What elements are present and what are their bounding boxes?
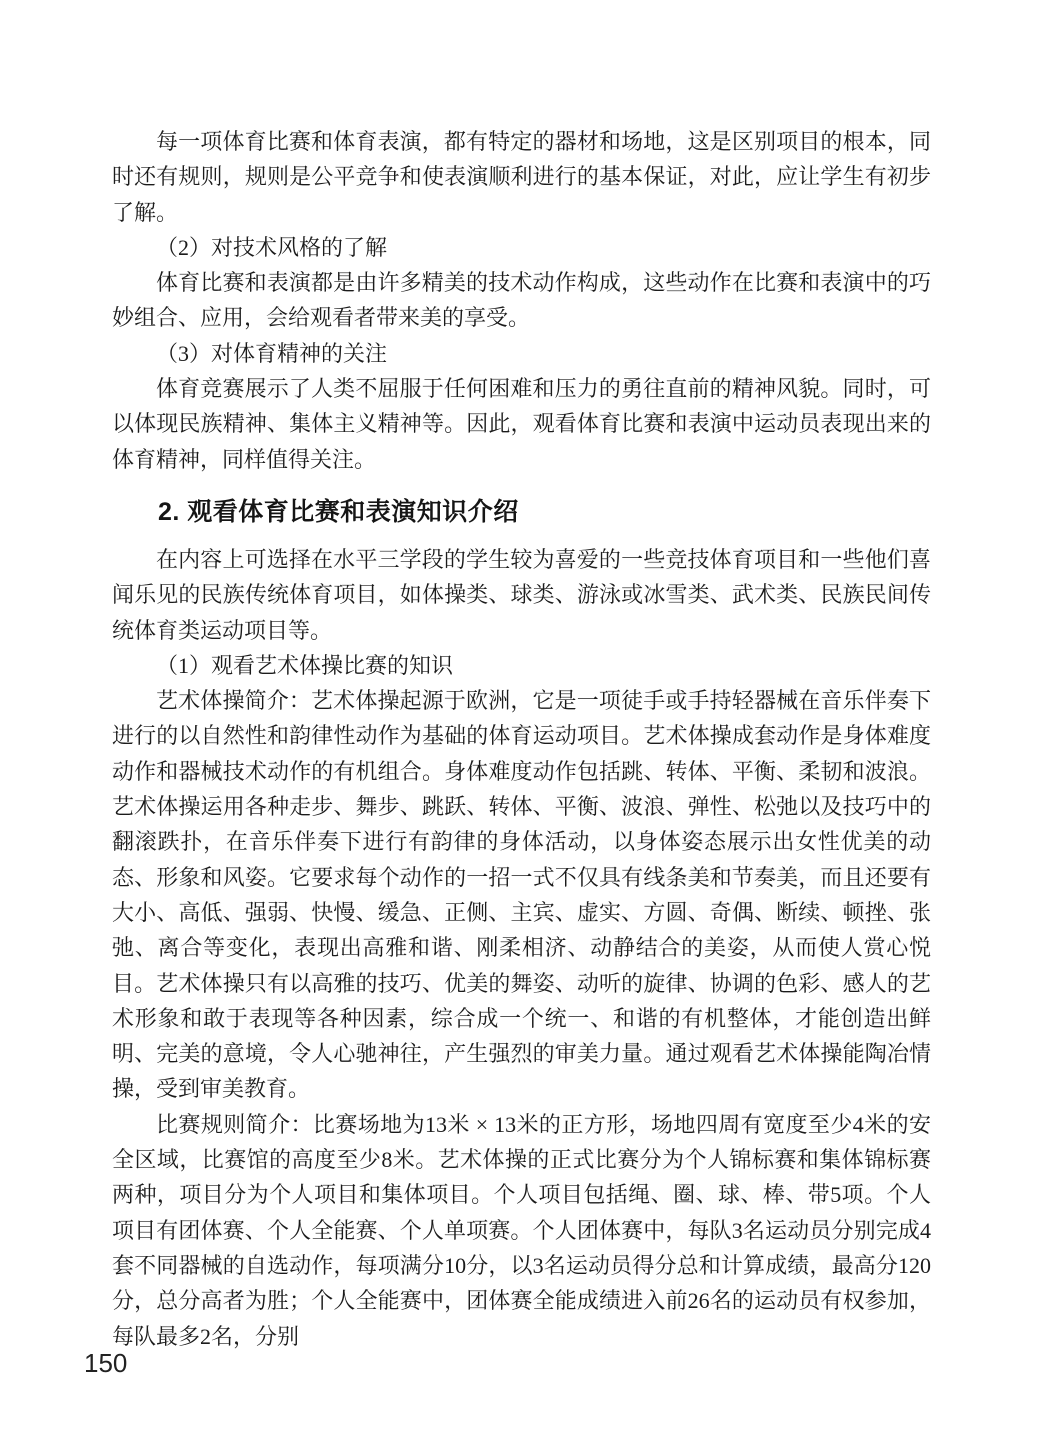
paragraph-item3-title: （3）对体育精神的关注 <box>112 336 931 371</box>
paragraph-gymnastics-overview: 艺术体操简介：艺术体操起源于欧洲，它是一项徒手或手持轻器械在音乐伴奏下进行的以自… <box>112 683 931 1107</box>
section-heading: 2. 观看体育比赛和表演知识介绍 <box>158 495 931 529</box>
paragraph-section2-intro: 在内容上可选择在水平三学段的学生较为喜爱的一些竞技体育项目和一些他们喜闻乐见的民… <box>112 542 931 648</box>
text-column: 每一项体育比赛和体育表演，都有特定的器材和场地，这是区别项目的根本，同时还有规则… <box>112 124 931 1354</box>
page-number: 150 <box>84 1348 127 1379</box>
paragraph-item3-body: 体育竞赛展示了人类不屈服于任何困难和压力的勇往直前的精神风貌。同时，可以体现民族… <box>112 371 931 477</box>
document-page: 每一项体育比赛和体育表演，都有特定的器材和场地，这是区别项目的根本，同时还有规则… <box>0 0 1038 1452</box>
paragraph-item2-body: 体育比赛和表演都是由许多精美的技术动作构成，这些动作在比赛和表演中的巧妙组合、应… <box>112 265 931 336</box>
paragraph-sub1-title: （1）观看艺术体操比赛的知识 <box>112 648 931 683</box>
paragraph-item2-title: （2）对技术风格的了解 <box>112 230 931 265</box>
paragraph-competition-rules: 比赛规则简介：比赛场地为13米 × 13米的正方形，场地四周有宽度至少4米的安全… <box>112 1107 931 1354</box>
paragraph-intro: 每一项体育比赛和体育表演，都有特定的器材和场地，这是区别项目的根本，同时还有规则… <box>112 124 931 230</box>
